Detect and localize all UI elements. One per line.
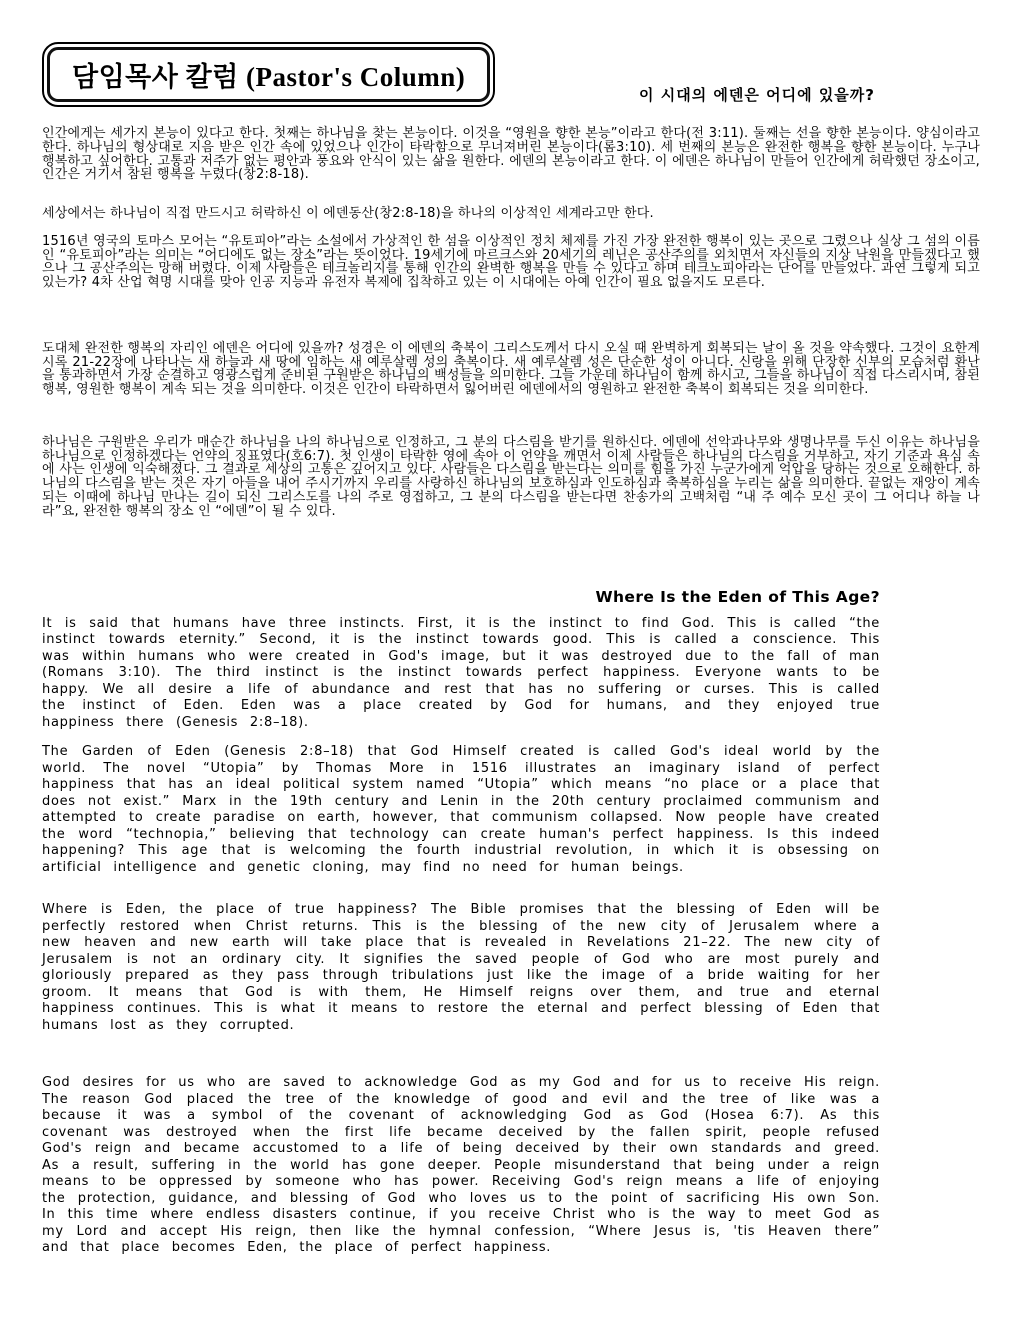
- english-paragraph: God desires for us who are saved to ackn…: [42, 1075, 880, 1280]
- english-paragraph: It is said that humans have three instin…: [42, 616, 880, 732]
- column-title-box: 담임목사 칼럼 (Pastor's Column): [42, 42, 495, 107]
- korean-article-body: 인간에게는 세가지 본능이 있다고 한다. 첫째는 하나님을 찾는 본능이다. …: [0, 107, 1020, 568]
- korean-article-title: 이 시대의 에덴은 어디에 있을까?: [639, 84, 875, 107]
- korean-paragraph: 도대체 완전한 행복의 자리인 에덴은 어디에 있을까? 성경은 이 에덴의 축…: [42, 342, 980, 422]
- pastor-column-page: 담임목사 칼럼 (Pastor's Column) 이 시대의 에덴은 어디에 …: [0, 0, 1020, 1320]
- english-paragraph: The Garden of Eden (Genesis 2:8–18) that…: [42, 744, 880, 889]
- korean-paragraph: 세상에서는 하나님이 직접 만드시고 허락하신 이 에덴동산(창2:8-18)을…: [42, 207, 980, 221]
- english-article-title: Where Is the Eden of This Age?: [42, 588, 880, 606]
- column-title: 담임목사 칼럼 (Pastor's Column): [47, 47, 490, 102]
- english-article-body: Where Is the Eden of This Age? It is sai…: [0, 582, 1020, 1281]
- english-paragraph: Where is Eden, the place of true happine…: [42, 902, 880, 1062]
- korean-paragraph: 하나님은 구원받은 우리가 매순간 하나님을 나의 하나님으로 인정하고, 그 …: [42, 436, 980, 568]
- korean-paragraph: 1516년 영국의 토마스 모어는 “유토피아”라는 소설에서 가상적인 한 섬…: [42, 235, 980, 328]
- page-header: 담임목사 칼럼 (Pastor's Column) 이 시대의 에덴은 어디에 …: [0, 0, 1020, 107]
- korean-paragraph: 인간에게는 세가지 본능이 있다고 한다. 첫째는 하나님을 찾는 본능이다. …: [42, 127, 980, 193]
